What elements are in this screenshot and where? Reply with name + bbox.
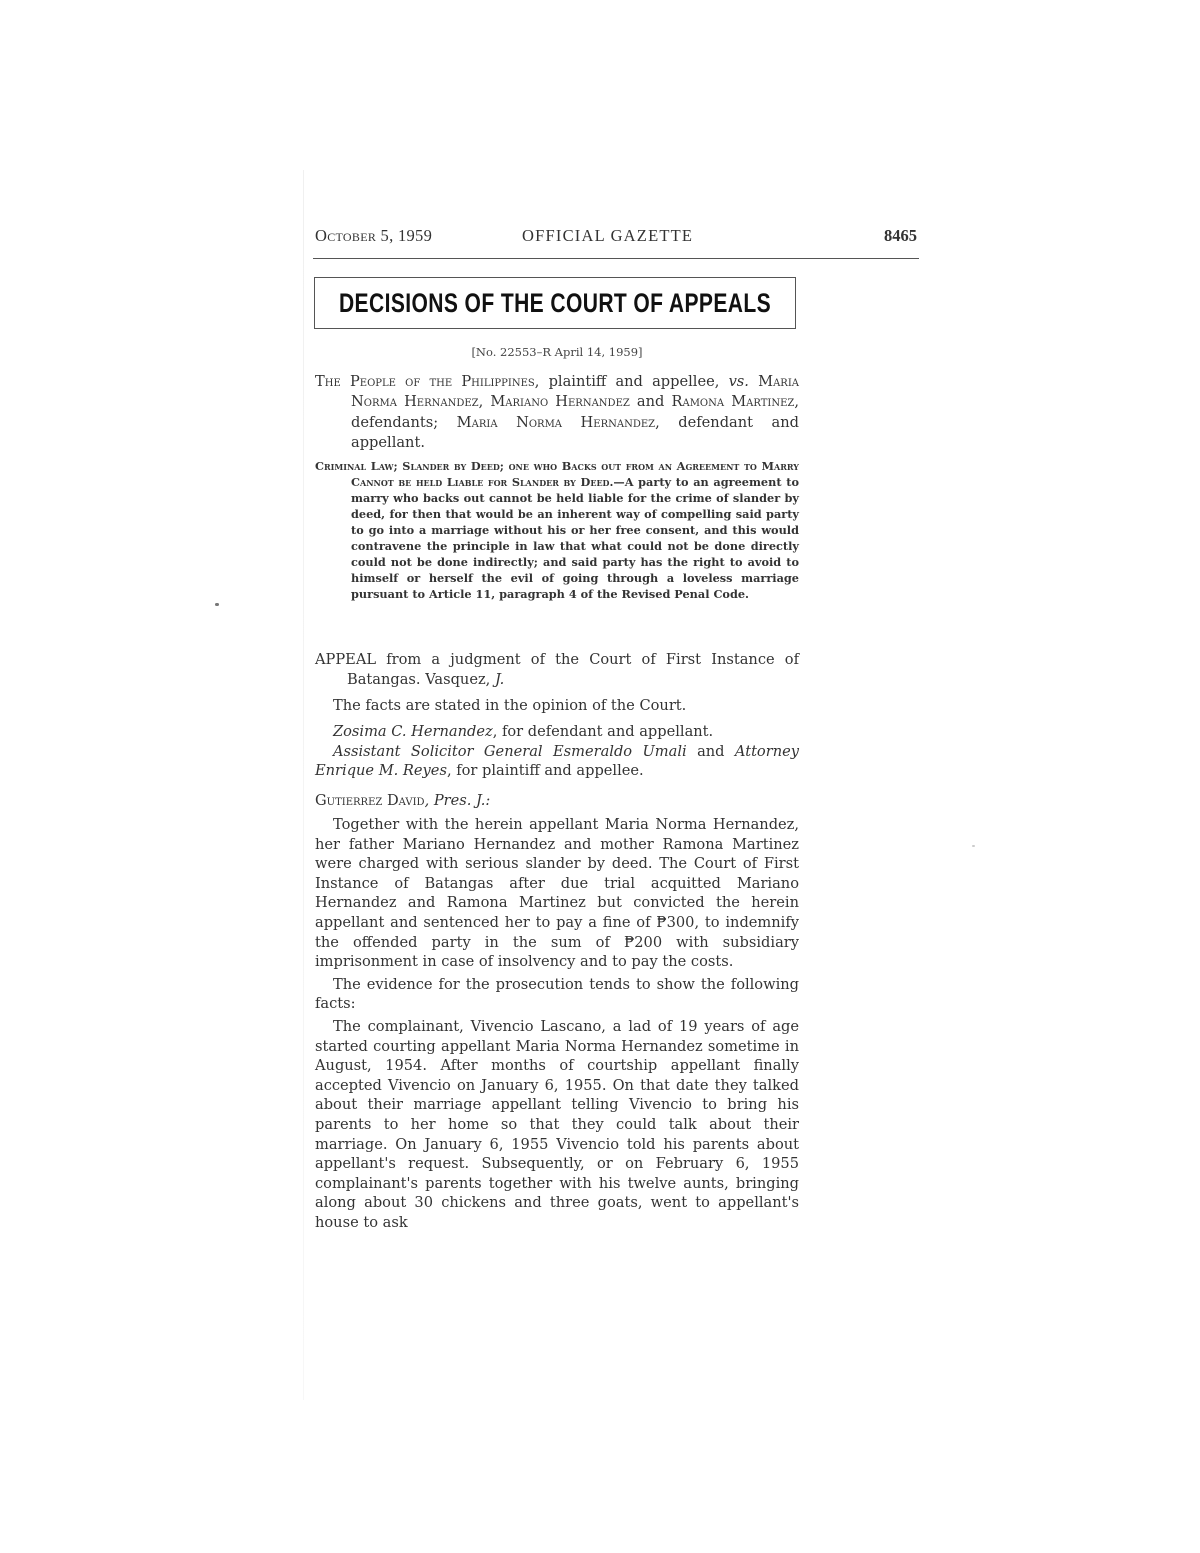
versus: vs.: [729, 373, 749, 390]
section-title: DECISIONS OF THE COURT OF APPEALS: [339, 288, 771, 319]
facts-statement: The facts are stated in the opinion of t…: [315, 696, 799, 716]
dust-speck: [215, 603, 219, 606]
opinion-paragraph: Together with the herein appellant Maria…: [315, 815, 799, 972]
opinion-body: Together with the herein appellant Maria…: [315, 815, 799, 1235]
facts-text: The facts are stated in the opinion of t…: [315, 696, 799, 716]
plaintiff-counsel-1: Assistant Solicitor General Esmeraldo Um…: [333, 743, 687, 760]
syllabus: Criminal Law; Slander by Deed; one who B…: [315, 458, 799, 602]
running-head: October 5, 1959 OFFICIAL GAZETTE 8465: [315, 226, 917, 248]
trial-judge-title: J.: [495, 671, 504, 688]
header-rule: [313, 258, 919, 259]
dust-speck: [972, 845, 975, 847]
appeal-text: APPEAL from a judgment of the Court of F…: [315, 651, 799, 688]
page-number: 8465: [884, 226, 917, 246]
issue-date: October 5, 1959: [315, 226, 432, 246]
plaintiff-role: , plaintiff and appellee,: [535, 373, 729, 390]
ponente-name: Gutierrez David: [315, 792, 425, 809]
plaintiff-name: The People of the Philippines: [315, 373, 535, 390]
defendant-counsel-role: , for defendant and appellant.: [493, 723, 713, 740]
defendant-counsel: Zosima C. Hernandez: [333, 723, 493, 740]
syllabus-text: —A party to an agreement to marry who ba…: [351, 475, 799, 601]
opinion-paragraph: The complainant, Vivencio Lascano, a lad…: [315, 1017, 799, 1233]
defendant-name: Ramona Martinez: [671, 393, 794, 410]
case-caption: The People of the Philippines, plaintiff…: [315, 372, 799, 453]
counsel-block: Zosima C. Hernandez, for defendant and a…: [315, 722, 799, 781]
section-banner: DECISIONS OF THE COURT OF APPEALS: [314, 277, 796, 329]
plaintiff-counsel-role: , for plaintiff and appellee.: [447, 762, 644, 779]
scan-edge-shadow: [303, 170, 304, 1400]
opinion-paragraph: The evidence for the prosecution tends t…: [315, 975, 799, 1014]
appeal-statement: APPEAL from a judgment of the Court of F…: [315, 650, 799, 689]
ponente-line: Gutierrez David, Pres. J.:: [315, 791, 799, 811]
publication-title: OFFICIAL GAZETTE: [522, 226, 693, 246]
docket-line: [No. 22553–R April 14, 1959]: [315, 345, 799, 359]
conjunction: and: [687, 743, 735, 760]
ponente-title: , Pres. J.:: [425, 792, 491, 809]
appellant-name: Maria Norma Hernandez: [457, 414, 655, 431]
conjunction: and: [630, 393, 672, 410]
